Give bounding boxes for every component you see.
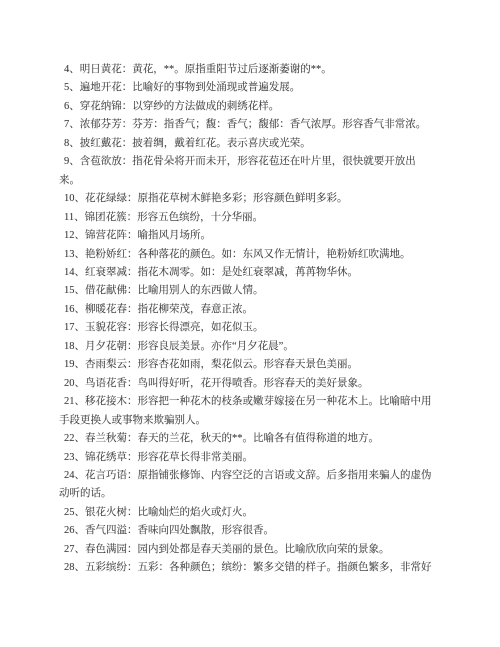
idiom-item-8: 8、披红戴花：披着绸，戴着红花。表示喜庆或光荣。 [59,135,444,153]
idiom-item-19: 19、杏雨梨云：形容杏花如雨，梨花似云。形容春天景色美丽。 [59,356,444,374]
document-page: 4、明日黄花：黄花，**。原指重阳节过后逐渐萎谢的**。5、遍地开花：比喻好的事… [0,0,500,647]
idiom-item-9-continuation: 来。 [59,172,444,190]
idiom-item-10: 10、花花绿绿：原指花草树木鲜艳多彩；形容颜色鲜明多彩。 [59,190,444,208]
idiom-item-21-continuation: 手段更换人或事物来欺骗别人。 [59,412,444,430]
idiom-item-14: 14、红衰翠减：指花木凋零。如：是处红衰翠减，苒苒物华休。 [59,264,444,282]
idiom-item-21: 21、移花接木：形容把一种花木的枝条或嫩芽嫁接在另一种花木上。比喻暗中用 [59,393,444,411]
idiom-item-11: 11、锦团花簇：形容五色缤纷，十分华丽。 [59,209,444,227]
idiom-item-17: 17、玉貌花容：形容长得漂亮，如花似玉。 [59,319,444,337]
idiom-item-15: 15、借花献佛：比喻用别人的东西做人情。 [59,282,444,300]
idiom-item-16: 16、柳暖花春：指花柳荣茂，春意正浓。 [59,301,444,319]
idiom-item-23: 23、锦花绣草：形容花草长得非常美丽。 [59,449,444,467]
idiom-item-9: 9、含苞欲放：指花骨朵将开而未开，形容花苞还在叶片里，很快就要开放出 [59,153,444,171]
idiom-item-24-continuation: 动听的话。 [59,485,444,503]
idiom-item-28: 28、五彩缤纷：五彩：各种颜色；缤纷：繁多交错的样子。指颜色繁多，非常好 [59,559,444,577]
idiom-item-12: 12、锦营花阵：喻指风月场所。 [59,227,444,245]
idiom-item-26: 26、香气四溢：香味向四处飘散，形容很香。 [59,522,444,540]
idiom-item-27: 27、春色满园：园内到处都是春天美丽的景色。比喻欣欣向荣的景象。 [59,541,444,559]
idiom-item-13: 13、艳粉娇红：各种落花的颜色。如：东风又作无情计，艳粉娇红吹满地。 [59,246,444,264]
idiom-item-18: 18、月夕花朝：形容良辰美景。亦作“月夕花晨”。 [59,338,444,356]
idiom-item-5: 5、遍地开花：比喻好的事物到处涌现或普遍发展。 [59,79,444,97]
idiom-item-24: 24、花言巧语：原指铺张修饰、内容空泛的言语或文辞。后多指用来骗人的虚伪 [59,467,444,485]
idiom-item-20: 20、鸟语花香：鸟叫得好听，花开得喷香。形容春天的美好景象。 [59,375,444,393]
idiom-item-7: 7、浓郁芬芳：芬芳：指香气；馥：香气；馥郁：香气浓厚。形容香气非常浓。 [59,116,444,134]
idiom-item-25: 25、银花火树：比喻灿烂的焰火或灯火。 [59,504,444,522]
idiom-item-22: 22、春兰秋菊：春天的兰花，秋天的**。比喻各有值得称道的地方。 [59,430,444,448]
idiom-item-6: 6、穿花纳锦：以穿纱的方法做成的刺绣花样。 [59,98,444,116]
idiom-list: 4、明日黄花：黄花，**。原指重阳节过后逐渐萎谢的**。5、遍地开花：比喻好的事… [59,61,444,578]
idiom-item-4: 4、明日黄花：黄花，**。原指重阳节过后逐渐萎谢的**。 [59,61,444,79]
